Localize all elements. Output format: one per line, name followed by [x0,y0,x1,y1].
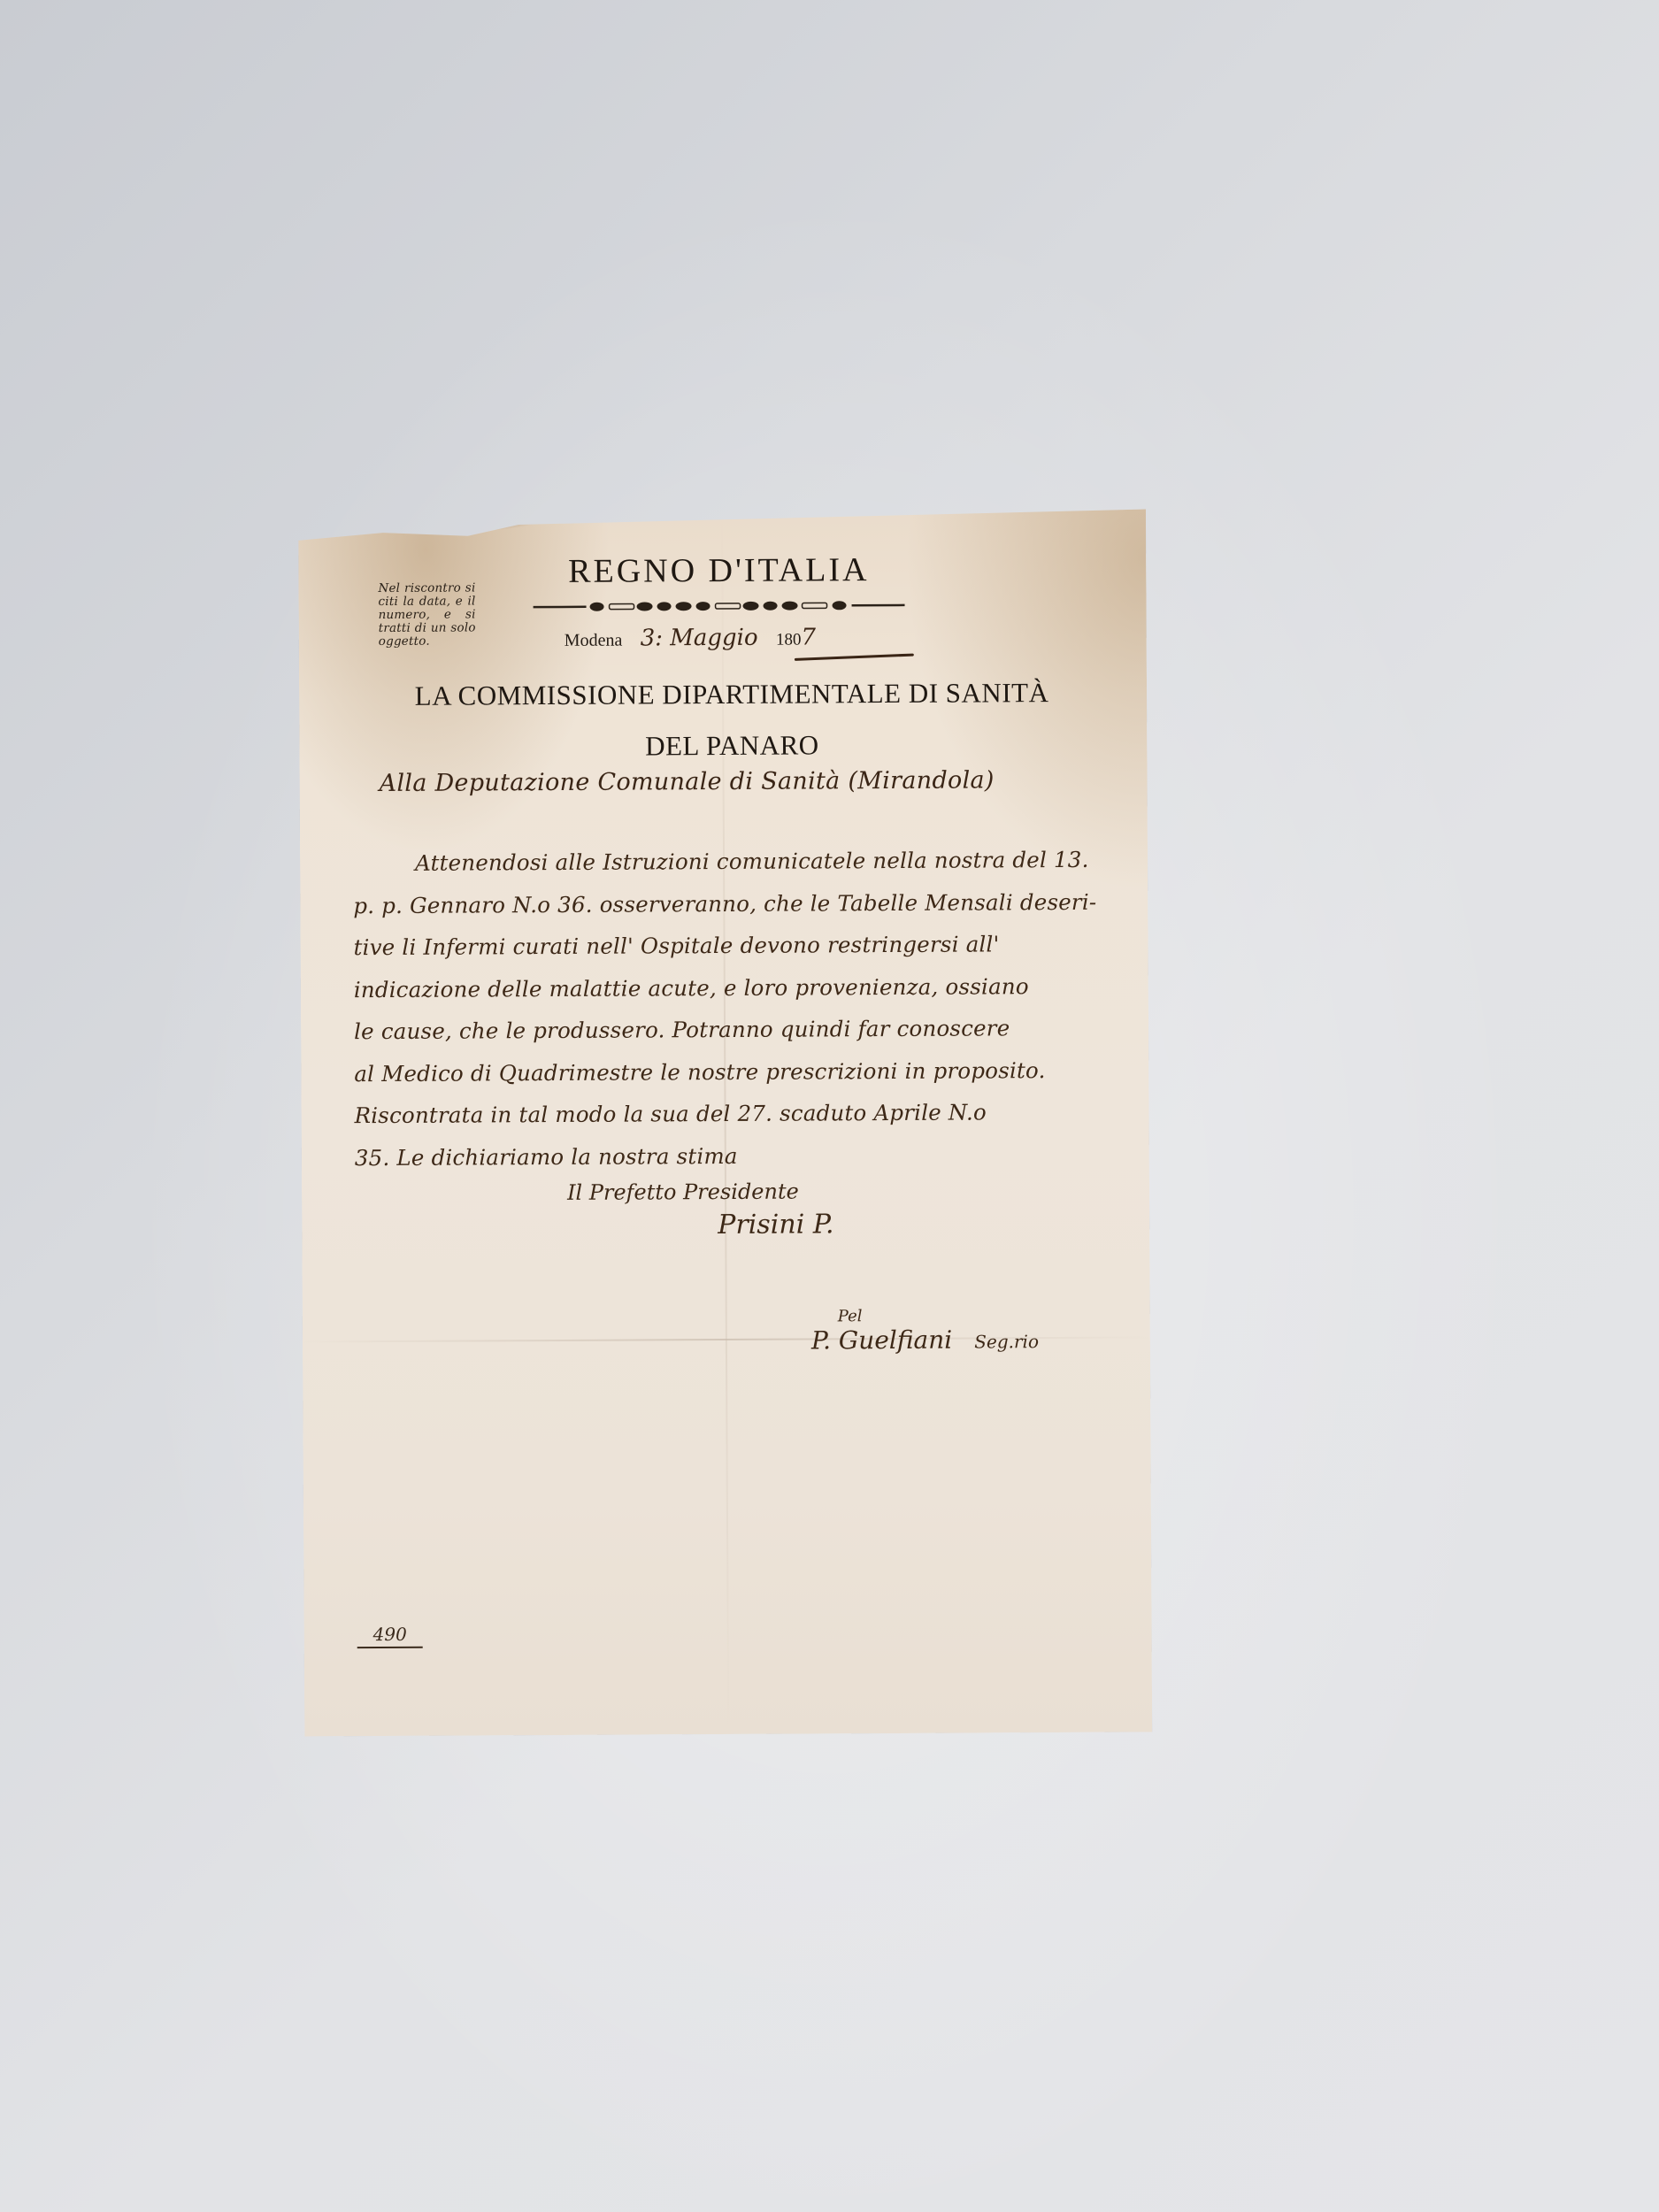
secretary-name: P. Guelfiani [811,1325,952,1356]
body-line: indicazione delle malattie acute, e loro… [354,964,1124,1010]
body-line: 35. Le dichiariamo la nostra stima [355,1133,1125,1179]
secretary-role: Seg.rio [974,1331,1039,1352]
body-line: tive li Infermi curati nell' Ospitale de… [353,923,1123,969]
body-line: al Medico di Quadrimestre le nostre pres… [354,1048,1124,1094]
burnt-edge [334,512,537,533]
issuer-line-1: LA COMMISSIONE DIPARTIMENTALE DI SANITÀ [299,666,1147,722]
issuer-line-2: DEL PANARO [299,718,1147,773]
secretary-prefix: Pel [838,1306,1039,1325]
printed-year: 180 [776,631,802,649]
signature-title: Il Prefetto Presidente [567,1179,833,1205]
archive-number: 490 [357,1624,423,1648]
issuer-heading: LA COMMISSIONE DIPARTIMENTALE DI SANITÀ … [299,666,1148,773]
handwritten-date: 3: Maggio [641,625,758,652]
handwritten-year-digit: 7 [801,624,816,650]
body-line: le cause, che le produssero. Potranno qu… [354,1007,1124,1053]
body-line: p. p. Gennaro N.o 36. osserveranno, che … [353,880,1123,926]
addressee-line: Alla Deputazione Comunale di Sanità (Mir… [380,766,1141,798]
date-underline [795,654,914,661]
place-and-date: Modena 3: Maggio 1807 [565,624,936,652]
letter-body: Attenendosi alle Istruzioni comunicatele… [353,839,1125,1179]
place-label: Modena [565,631,623,650]
historical-letter: Nel riscontro si citi la data, e il nume… [298,509,1152,1736]
signature-name: Prisini P. [718,1209,833,1240]
president-signature: Il Prefetto Presidente Prisini P. [567,1179,834,1241]
body-line: Riscontrata in tal modo la sua del 27. s… [354,1091,1124,1137]
secretary-signature: Pel P. Guelfiani Seg.rio [811,1306,1039,1355]
body-line: Attenendosi alle Istruzioni comunicatele… [353,839,1123,885]
printed-sidenote: Nel riscontro si citi la data, e il nume… [378,581,475,649]
masthead-title: REGNO D'ITALIA [528,550,909,591]
ornamental-rule-icon [534,599,905,613]
